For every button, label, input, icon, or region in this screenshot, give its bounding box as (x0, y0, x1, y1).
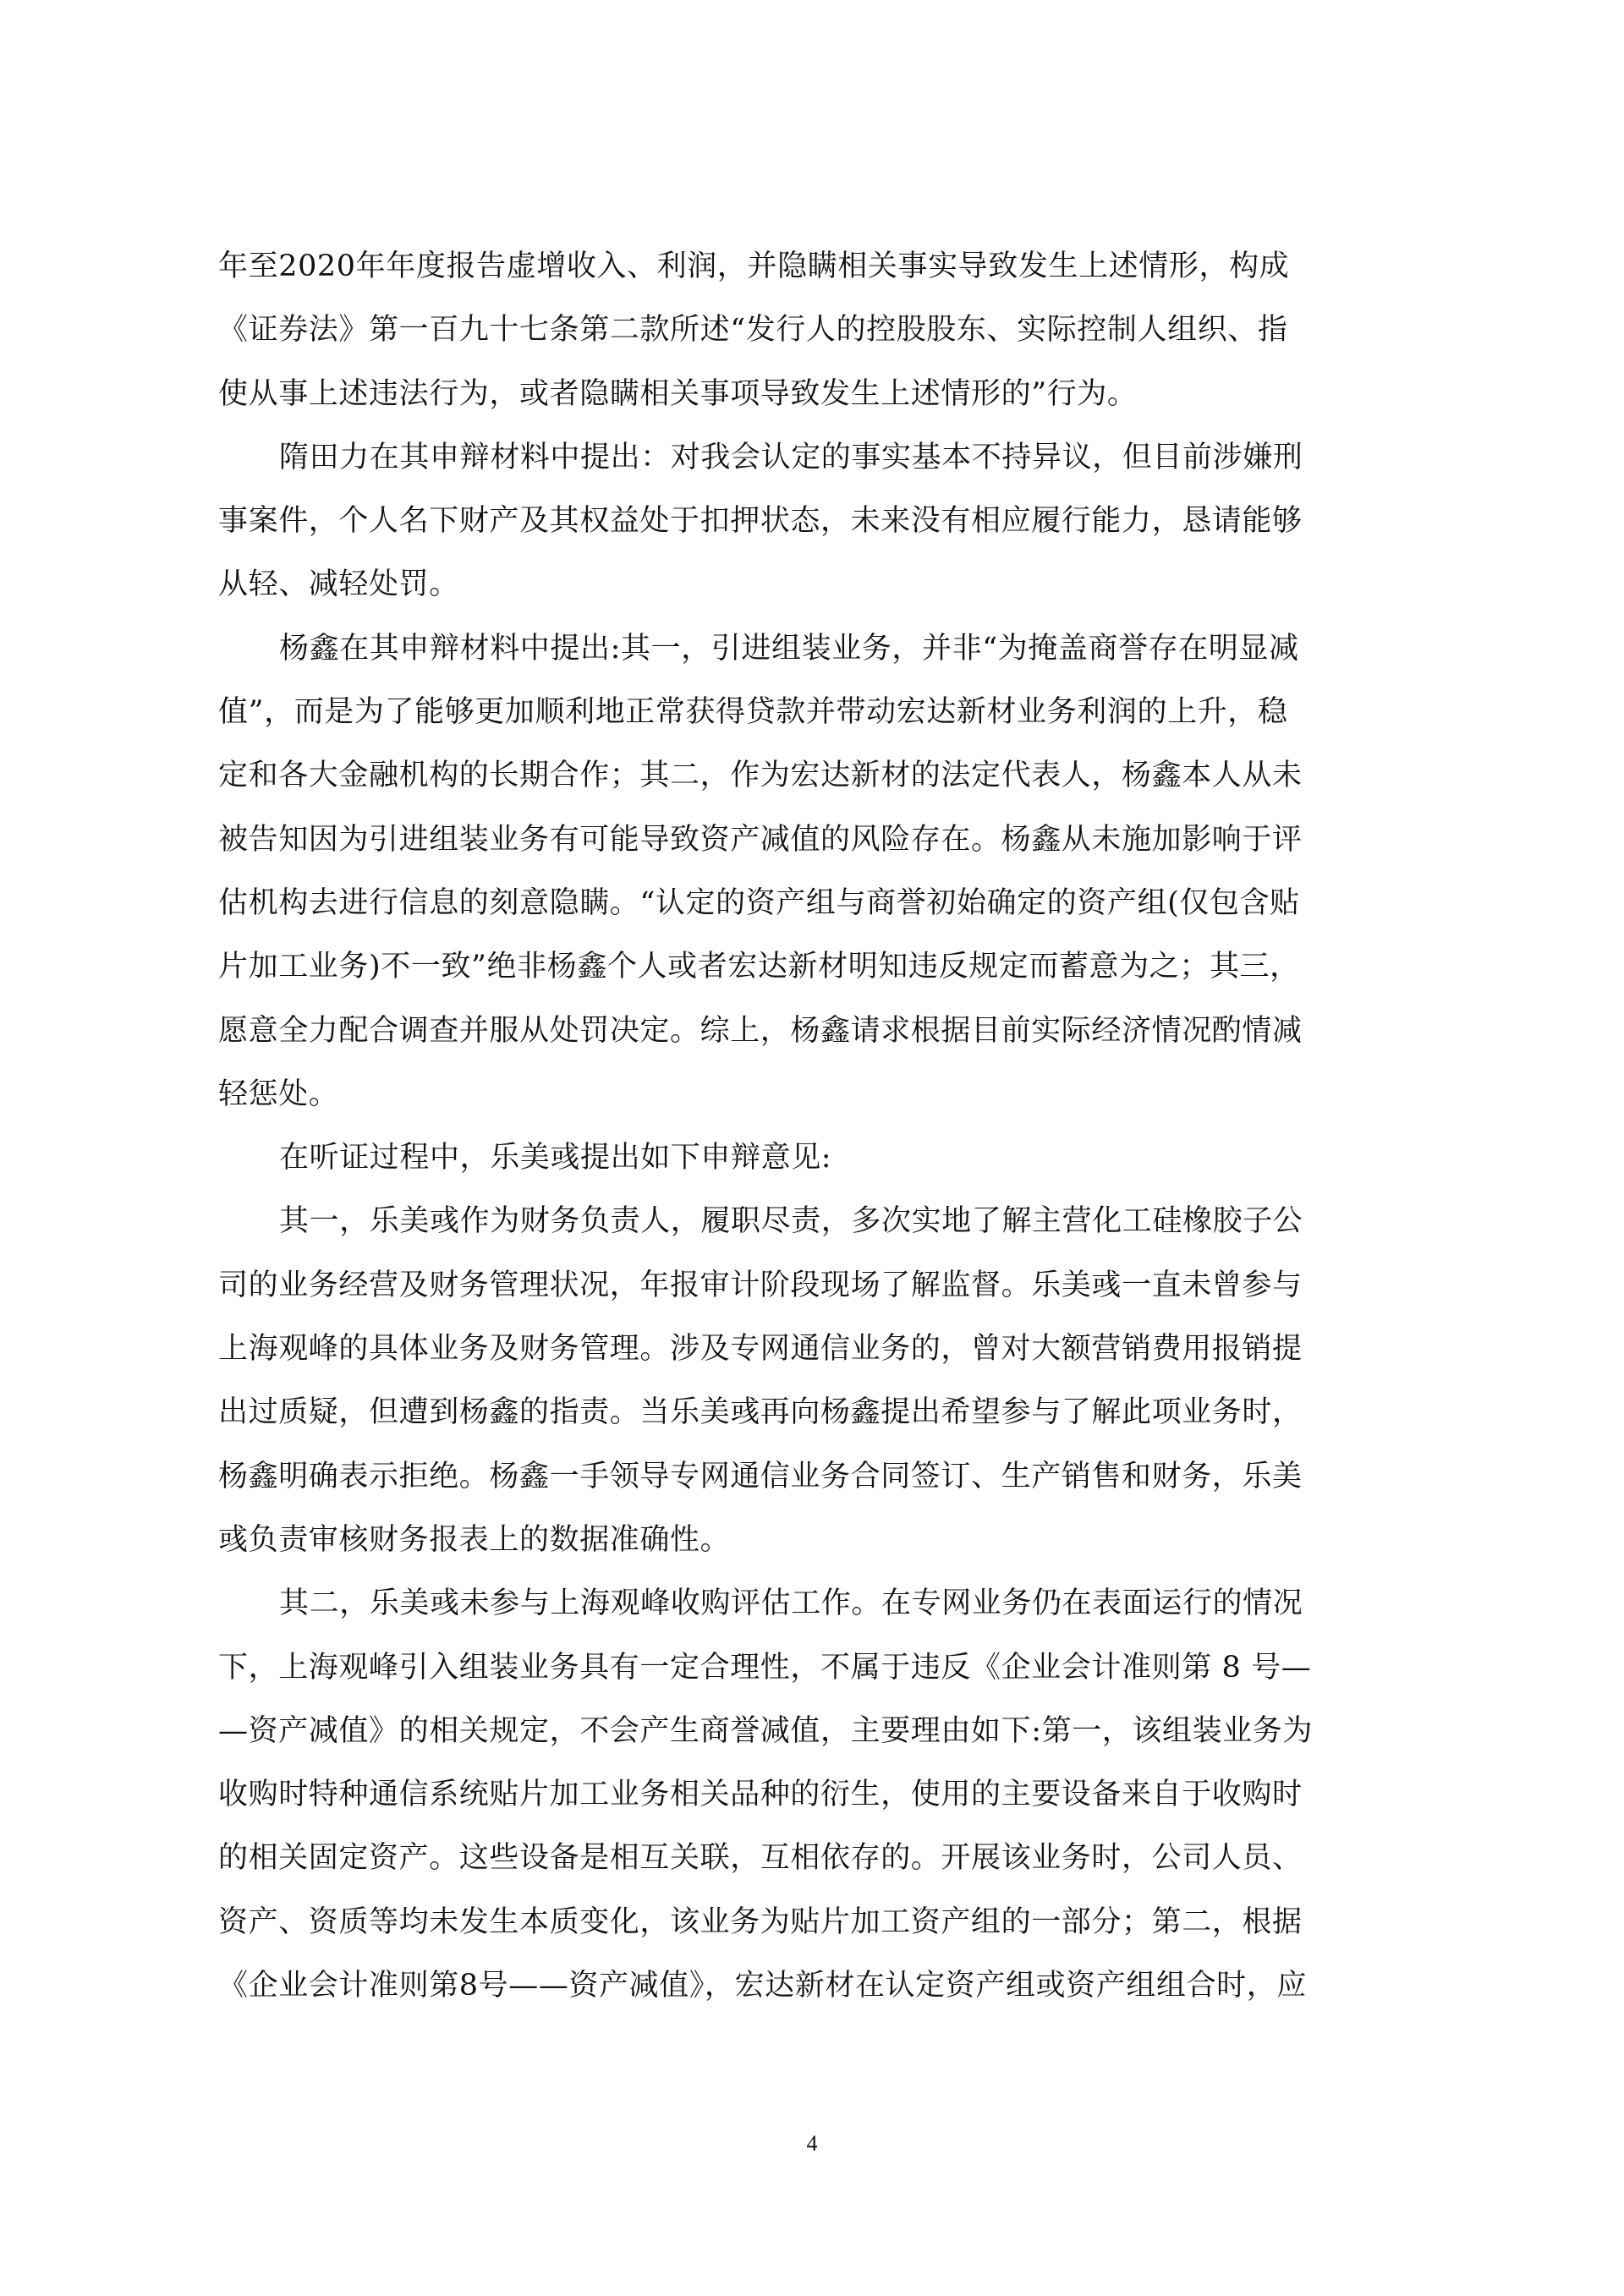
text-line: 从轻、减轻处罚。 (218, 553, 1396, 616)
text-line: 下，上海观峰引入组装业务具有一定合理性，不属于违反《企业会计准则第 8 号— (218, 1636, 1396, 1700)
text-line: —资产减值》的相关规定，不会产生商誉减值，主要理由如下:第一，该组装业务为 (218, 1700, 1396, 1763)
text-line: 出过质疑，但遭到杨鑫的指责。当乐美彧再向杨鑫提出希望参与了解此项业务时， (218, 1381, 1396, 1444)
text-line: 定和各大金融机构的长期合作；其二，作为宏达新材的法定代表人，杨鑫本人从未 (218, 744, 1396, 808)
text-line: 彧负责审核财务报表上的数据准确性。 (218, 1509, 1396, 1572)
text-line: 年至2020年年度报告虚增收入、利润，并隐瞒相关事实导致发生上述情形，构成 (218, 235, 1396, 299)
text-line: 值”，而是为了能够更加顺利地正常获得贷款并带动宏达新材业务利润的上升，稳 (218, 681, 1396, 744)
text-line: 估机构去进行信息的刻意隐瞒。“认定的资产组与商誉初始确定的资产组(仅包含贴 (218, 872, 1396, 935)
paragraph-start-line: 其一，乐美彧作为财务负责人，履职尽责，多次实地了解主营化工硅橡胶子公 (218, 1190, 1396, 1253)
text-line: 收购时特种通信系统贴片加工业务相关品种的衍生，使用的主要设备来自于收购时 (218, 1763, 1396, 1827)
text-line: 被告知因为引进组装业务有可能导致资产减值的风险存在。杨鑫从未施加影响于评 (218, 808, 1396, 872)
document-body: 年至2020年年度报告虚增收入、利润，并隐瞒相关事实导致发生上述情形，构成 《证… (218, 235, 1396, 2018)
text-line: 资产、资质等均未发生本质变化，该业务为贴片加工资产组的一部分；第二，根据 (218, 1891, 1396, 1954)
text-line: 《证券法》第一百九十七条第二款所述“发行人的控股股东、实际控制人组织、指 (218, 299, 1396, 362)
page-number: 4 (0, 2131, 1624, 2156)
text-line: 愿意全力配合调查并服从处罚决定。综上，杨鑫请求根据目前实际经济情况酌情减 (218, 1000, 1396, 1063)
text-line: 轻惩处。 (218, 1063, 1396, 1126)
text-line: 《企业会计准则第8号——资产减值》，宏达新材在认定资产组或资产组组合时，应 (218, 1954, 1396, 2018)
text-line: 片加工业务)不一致”绝非杨鑫个人或者宏达新材明知违反规定而蓄意为之；其三， (218, 935, 1396, 999)
paragraph-start-line: 杨鑫在其申辩材料中提出:其一，引进组装业务，并非“为掩盖商誉存在明显减 (218, 617, 1396, 681)
text-line: 杨鑫明确表示拒绝。杨鑫一手领导专网通信业务合同签订、生产销售和财务，乐美 (218, 1445, 1396, 1509)
paragraph-start-line: 在听证过程中，乐美彧提出如下申辩意见: (218, 1126, 1396, 1190)
text-line: 上海观峰的具体业务及财务管理。涉及专网通信业务的，曾对大额营销费用报销提 (218, 1318, 1396, 1381)
paragraph-start-line: 其二，乐美彧未参与上海观峰收购评估工作。在专网业务仍在表面运行的情况 (218, 1572, 1396, 1636)
text-line: 的相关固定资产。这些设备是相互关联，互相依存的。开展该业务时，公司人员、 (218, 1827, 1396, 1890)
paragraph-start-line: 隋田力在其申辩材料中提出：对我会认定的事实基本不持异议，但目前涉嫌刑 (218, 426, 1396, 490)
text-line: 司的业务经营及财务管理状况，年报审计阶段现场了解监督。乐美彧一直未曾参与 (218, 1254, 1396, 1318)
text-line: 事案件，个人名下财产及其权益处于扣押状态，未来没有相应履行能力，恳请能够 (218, 490, 1396, 553)
text-line: 使从事上述违法行为，或者隐瞒相关事项导致发生上述情形的”行为。 (218, 363, 1396, 426)
